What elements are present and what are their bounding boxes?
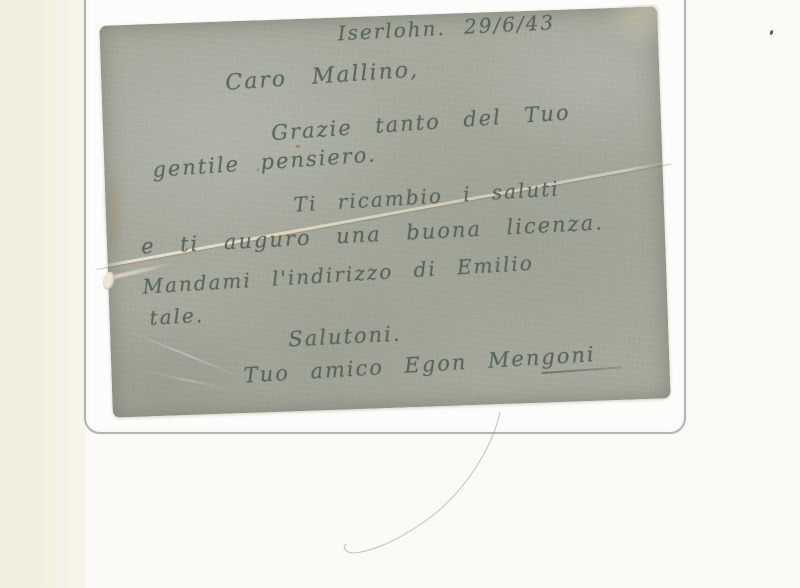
handwritten-line: Grazie tanto del Tuo bbox=[270, 100, 571, 145]
handwritten-line: Mandami l'indirizzo di Emilio bbox=[142, 251, 535, 299]
dust-speck bbox=[769, 30, 774, 36]
postcard: Iserlohn. 29/6/43 Caro Mallino, Grazie t… bbox=[99, 6, 670, 417]
handwritten-salutation: Caro Mallino, bbox=[225, 57, 420, 95]
handwritten-line: Ti ricambio i saluti bbox=[293, 176, 560, 216]
handwritten-closing: Salutoni. bbox=[288, 322, 402, 352]
paper-wrinkle bbox=[143, 370, 231, 391]
handwritten-line: tale. bbox=[149, 303, 205, 330]
corner-wear-mark bbox=[599, 4, 661, 52]
handwritten-line: gentile pensiero. bbox=[152, 142, 378, 182]
scanner-background-strip bbox=[0, 0, 86, 588]
edge-stain bbox=[105, 175, 121, 245]
